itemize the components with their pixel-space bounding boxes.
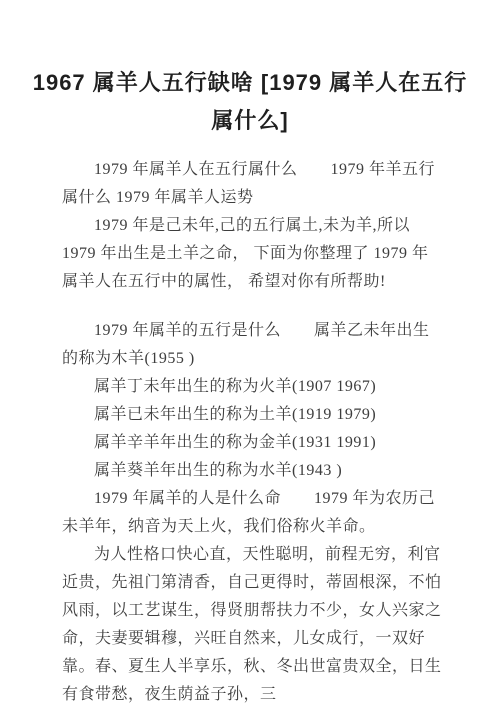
article-title-line2: 属什么] (28, 102, 472, 140)
article-title: 1967 属羊人五行缺啥 [1979 属羊人在五行 属什么] (28, 64, 472, 140)
article-body: 1979 年属羊人在五行属什么 1979 年羊五行属什么 1979 年属羊人运势… (62, 156, 444, 708)
paragraph-intro: 1979 年是己未年,己的五行属土,未为羊,所以 1979 年出生是土羊之命， … (62, 212, 444, 296)
paragraph-earth-goat: 属羊已未年出生的称为土羊(1919 1979) (62, 401, 444, 429)
paragraph-personality: 为人性格口快心直，天性聪明，前程无穷，利官近贵，先祖门第清香，自己更得时，蒂固根… (62, 541, 444, 708)
paragraph-five-elements-heading: 1979 年属羊的五行是什么 属羊乙未年出生的称为木羊(1955 ) (62, 317, 444, 373)
article-page: 1967 属羊人五行缺啥 [1979 属羊人在五行 属什么] 1979 年属羊人… (0, 0, 500, 708)
paragraph-water-goat: 属羊葵羊年出生的称为水羊(1943 ) (62, 457, 444, 485)
paragraph-metal-goat: 属羊辛羊年出生的称为金羊(1931 1991) (62, 429, 444, 457)
paragraph-fire-goat: 属羊丁未年出生的称为火羊(1907 1967) (62, 373, 444, 401)
article-title-line1: 1967 属羊人五行缺啥 [1979 属羊人在五行 (28, 64, 472, 102)
paragraph-intro-keywords: 1979 年属羊人在五行属什么 1979 年羊五行属什么 1979 年属羊人运势 (62, 156, 444, 212)
paragraph-destiny: 1979 年属羊的人是什么命 1979 年为农历己未羊年，纳音为天上火，我们俗称… (62, 485, 444, 541)
